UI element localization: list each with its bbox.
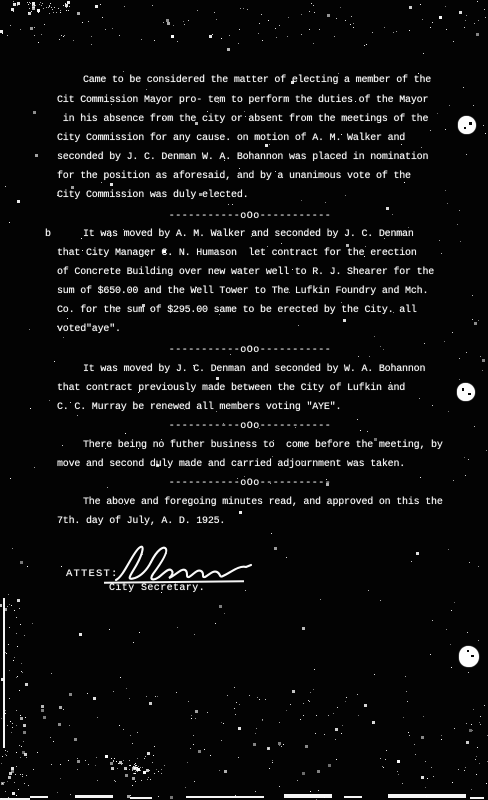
document-line: Came to be considered the matter of elec…: [57, 71, 443, 90]
scan-edge-mark: [130, 797, 152, 799]
document-line: It was moved by A. M. Walker and seconde…: [57, 225, 443, 244]
document-line: voted"aye".: [57, 320, 443, 339]
scan-edge-mark: [388, 794, 466, 798]
section-separator: -----------oOo-----------: [57, 207, 443, 226]
document-line: move and second duly made and carried ad…: [57, 455, 443, 474]
marginal-mark: b: [45, 225, 51, 244]
section-separator: -----------oOo-----------: [57, 341, 443, 360]
document-line: It was moved by J. C. Denman and seconde…: [57, 360, 443, 379]
document-line: 7th. day of July, A. D. 1925.: [57, 512, 443, 531]
document-line: City Commission was duly elected.: [57, 186, 443, 205]
section-separator: -----------oOo-----------: [57, 417, 443, 436]
scan-edge-mark: [75, 795, 113, 798]
document-line: for the position as aforesaid, and by a …: [57, 167, 443, 186]
scan-edge-mark: [186, 796, 264, 798]
hole-punch: [458, 116, 476, 134]
document-line: that City Manager C. N. Humason let cont…: [57, 244, 443, 263]
document-line: seconded by J. C. Denman W. A. Bohannon …: [57, 148, 443, 167]
document-line: C. C. Murray be renewed all members voti…: [57, 398, 443, 417]
document-page: Came to be considered the matter of elec…: [0, 0, 488, 800]
document-line: Cit Commission Mayor pro- tem to perform…: [57, 91, 443, 110]
document-line: sum of $650.00 and the Well Tower to The…: [57, 282, 443, 301]
signature-title: City Secretary.: [109, 583, 205, 594]
hole-punch: [459, 646, 479, 667]
document-line: that contract previously made between th…: [57, 379, 443, 398]
document-line: in his absence from the city or absent f…: [57, 110, 443, 129]
scan-edge-mark: [344, 796, 362, 798]
section-separator: -----------oOo-----------: [57, 474, 443, 493]
document-line: Co. for the sum of $295.00 same to be er…: [57, 301, 443, 320]
attest-label: ATTEST:: [66, 568, 119, 580]
document-line: City Commission for any cause. on motion…: [57, 129, 443, 148]
scan-noise: [0, 0, 1, 1]
document-line: The above and foregoing minutes read, an…: [57, 493, 443, 512]
scan-edge-mark: [284, 794, 332, 798]
hole-punch: [457, 383, 475, 401]
document-line: There being no futher business to come b…: [57, 436, 443, 455]
document-line: of Concrete Building over new water well…: [57, 263, 443, 282]
scan-edge-mark: [30, 796, 48, 798]
scan-edge-mark: [3, 598, 5, 748]
scan-edge-mark: [470, 797, 484, 799]
